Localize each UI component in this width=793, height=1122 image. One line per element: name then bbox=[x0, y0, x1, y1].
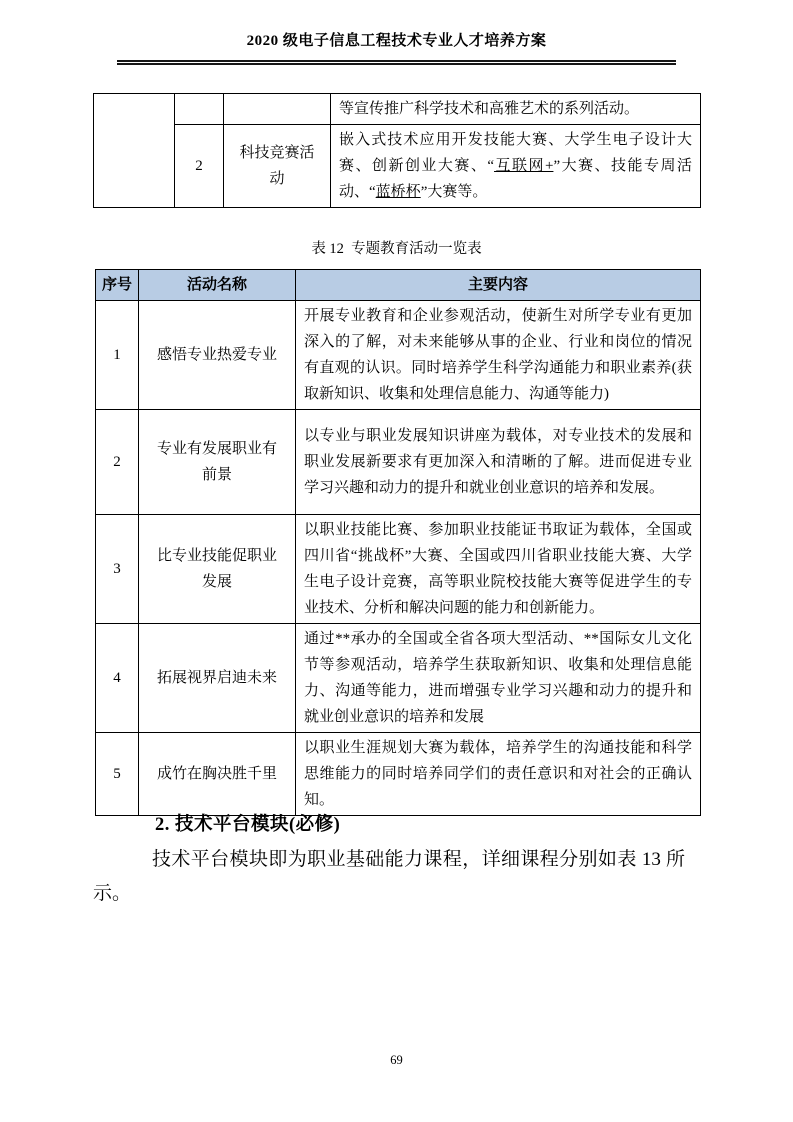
document-page: 2020 级电子信息工程技术专业人才培养方案 等宣传推广科学技术和高雅艺术的系列… bbox=[0, 0, 793, 1122]
activity-content-cell: 以职业生涯规划大赛为载体，培养学生的沟通技能和科学思维能力的同时培养同学们的责任… bbox=[296, 733, 701, 816]
table-row: 等宣传推广科学技术和高雅艺术的系列活动。 bbox=[94, 94, 701, 125]
activity-name-cell bbox=[224, 94, 331, 125]
body-paragraph: 技术平台模块即为职业基础能力课程，详细课程分别如表 13 所示。 bbox=[93, 843, 685, 911]
table-row: 1 感悟专业热爱专业 开展专业教育和企业参观活动，使新生对所学专业有更加深入的了… bbox=[96, 301, 701, 410]
section-heading: 2. 技术平台模块(必修) bbox=[93, 810, 700, 836]
activity-name-cell: 比专业技能促职业发展 bbox=[139, 515, 296, 624]
activity-content-cell: 以专业与职业发展知识讲座为载体，对专业技术的发展和职业发展新要求有更加深入和清晰… bbox=[296, 410, 701, 515]
seq-cell: 5 bbox=[96, 733, 139, 816]
seq-cell: 2 bbox=[96, 410, 139, 515]
table12-caption: 表 12 专题教育活动一览表 bbox=[0, 237, 793, 258]
header-double-rule bbox=[117, 60, 676, 65]
activity-content-cell: 以职业技能比赛、参加职业技能证书取证为载体，全国或四川省“挑战杯”大赛、全国或四… bbox=[296, 515, 701, 624]
activity-name-cell: 拓展视界启迪未来 bbox=[139, 624, 296, 733]
header-cell-main-content: 主要内容 bbox=[296, 270, 701, 301]
header-cell-activity-name: 活动名称 bbox=[139, 270, 296, 301]
activity-name-cell: 成竹在胸决胜千里 bbox=[139, 733, 296, 816]
activity-name-cell: 科技竞赛活动 bbox=[224, 125, 331, 208]
activity-content-cell: 开展专业教育和企业参观活动，使新生对所学专业有更加深入的了解，对未来能够从事的企… bbox=[296, 301, 701, 410]
special-education-activities-table: 序号 活动名称 主要内容 1 感悟专业热爱专业 开展专业教育和企业参观活动，使新… bbox=[95, 269, 701, 816]
activity-name-cell: 专业有发展职业有前景 bbox=[139, 410, 296, 515]
merged-empty-cell bbox=[94, 94, 175, 208]
seq-cell: 1 bbox=[96, 301, 139, 410]
activity-content-cell: 嵌入式技术应用开发技能大赛、大学生电子设计大赛、创新创业大赛、“互联网+”大赛、… bbox=[331, 125, 701, 208]
seq-cell bbox=[175, 94, 224, 125]
table-header-row: 序号 活动名称 主要内容 bbox=[96, 270, 701, 301]
table-row: 2 专业有发展职业有前景 以专业与职业发展知识讲座为载体，对专业技术的发展和职业… bbox=[96, 410, 701, 515]
document-header-title: 2020 级电子信息工程技术专业人才培养方案 bbox=[0, 29, 793, 50]
activity-content-cell: 通过**承办的全国或全省各项大型活动、**国际女儿文化节等参观活动，培养学生获取… bbox=[296, 624, 701, 733]
table-row: 5 成竹在胸决胜千里 以职业生涯规划大赛为载体，培养学生的沟通技能和科学思维能力… bbox=[96, 733, 701, 816]
header-cell-seq: 序号 bbox=[96, 270, 139, 301]
seq-cell: 2 bbox=[175, 125, 224, 208]
table-row: 3 比专业技能促职业发展 以职业技能比赛、参加职业技能证书取证为载体，全国或四川… bbox=[96, 515, 701, 624]
page-number: 69 bbox=[0, 1053, 793, 1068]
seq-cell: 4 bbox=[96, 624, 139, 733]
seq-cell: 3 bbox=[96, 515, 139, 624]
continued-activity-table: 等宣传推广科学技术和高雅艺术的系列活动。 2 科技竞赛活动 嵌入式技术应用开发技… bbox=[93, 93, 701, 208]
activity-content-cell: 等宣传推广科学技术和高雅艺术的系列活动。 bbox=[331, 94, 701, 125]
table-row: 2 科技竞赛活动 嵌入式技术应用开发技能大赛、大学生电子设计大赛、创新创业大赛、… bbox=[94, 125, 701, 208]
activity-name-cell: 感悟专业热爱专业 bbox=[139, 301, 296, 410]
table-row: 4 拓展视界启迪未来 通过**承办的全国或全省各项大型活动、**国际女儿文化节等… bbox=[96, 624, 701, 733]
